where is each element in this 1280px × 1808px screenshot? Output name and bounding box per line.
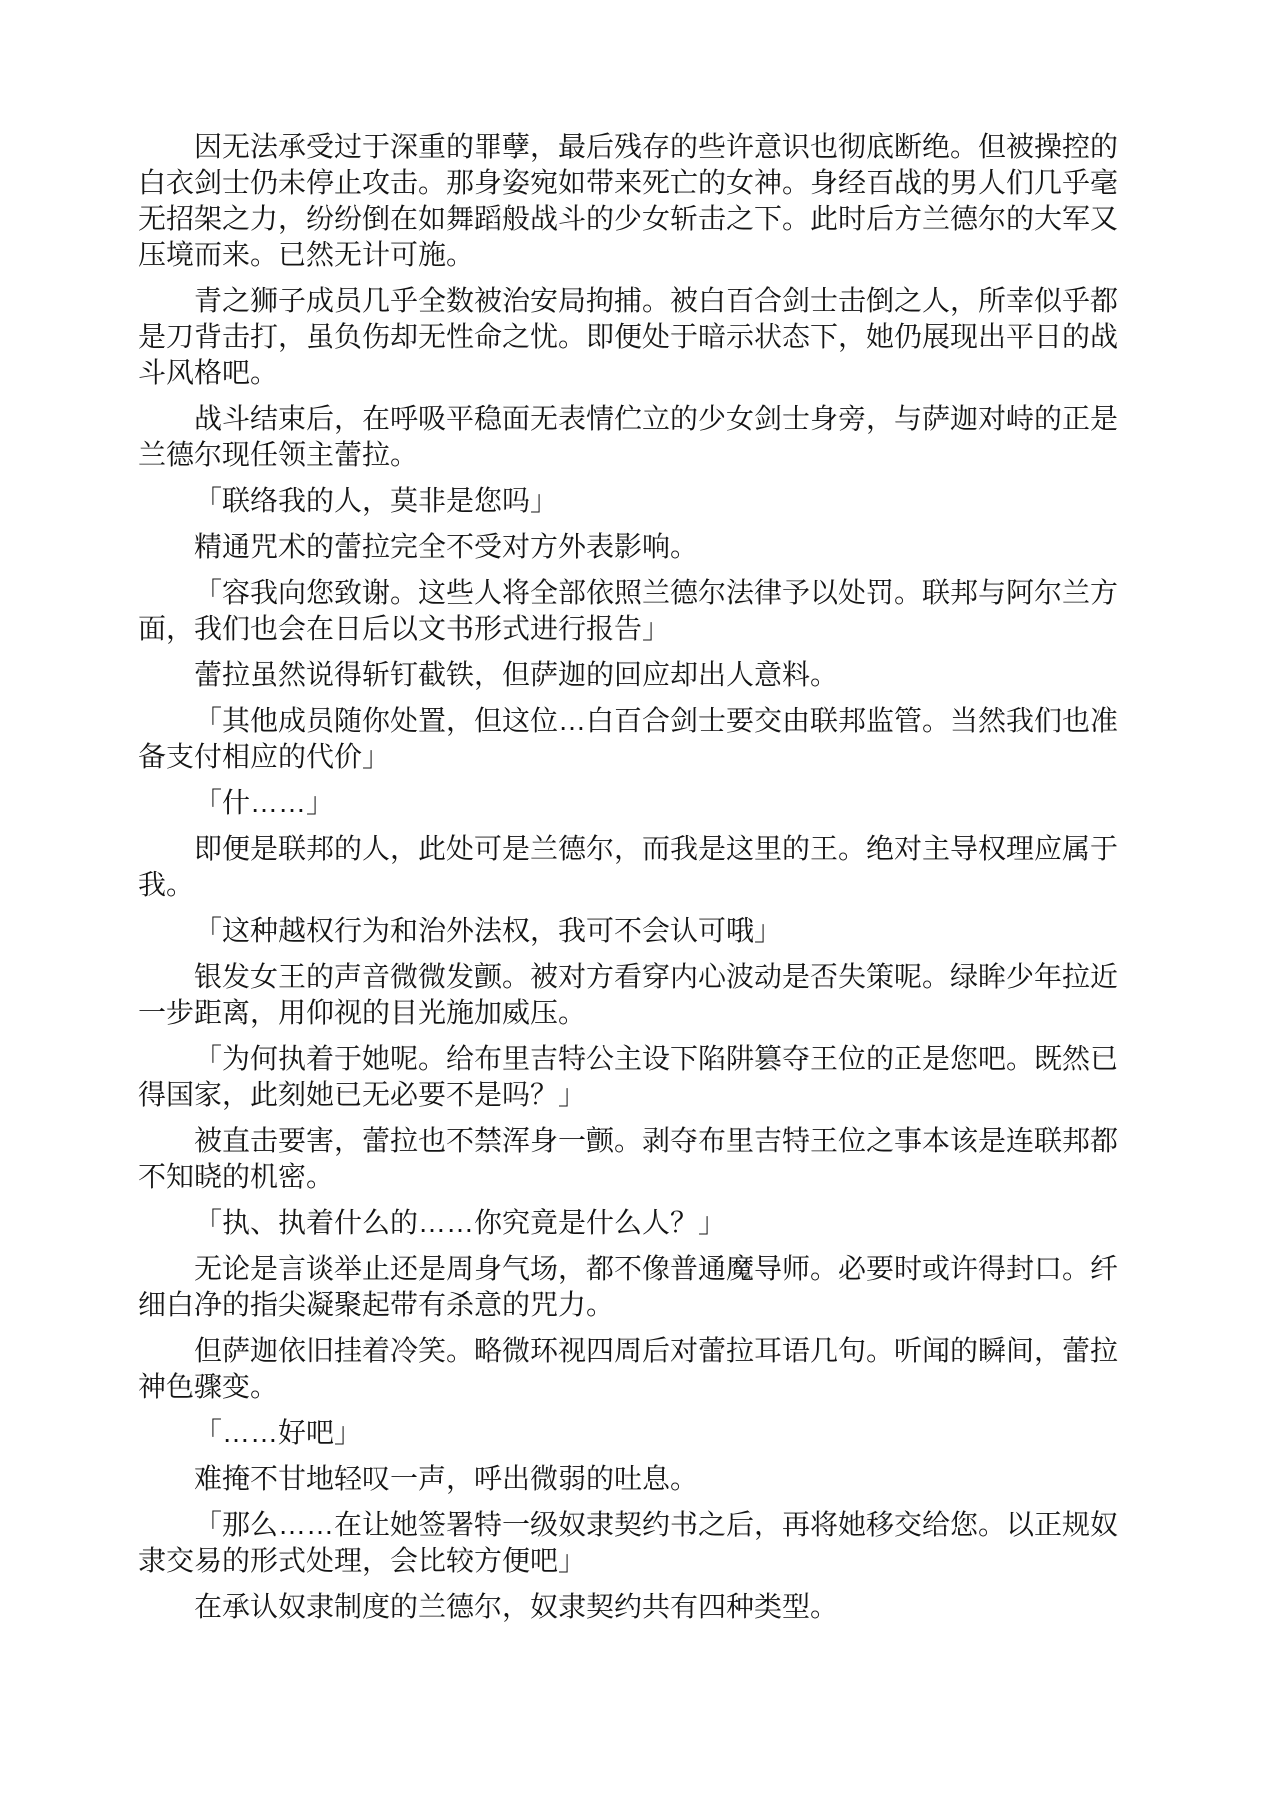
paragraph-dialogue: 「这种越权行为和治外法权，我可不会认可哦」 [138,913,1143,949]
paragraph-dialogue: 「其他成员随你处置，但这位…白百合剑士要交由联邦监管。当然我们也准备支付相应的代… [138,703,1143,775]
paragraph-dialogue: 「什……」 [138,785,1143,821]
paragraph-dialogue: 「那么……在让她签署特一级奴隶契约书之后，再将她移交给您。以正规奴隶交易的形式处… [138,1507,1143,1579]
page-text-body: 因无法承受过于深重的罪孽，最后残存的些许意识也彻底断绝。但被操控的白衣剑士仍未停… [138,129,1143,1625]
paragraph: 在承认奴隶制度的兰德尔，奴隶契约共有四种类型。 [138,1589,1143,1625]
paragraph: 因无法承受过于深重的罪孽，最后残存的些许意识也彻底断绝。但被操控的白衣剑士仍未停… [138,129,1143,273]
paragraph: 蕾拉虽然说得斩钉截铁，但萨迦的回应却出人意料。 [138,657,1143,693]
paragraph: 精通咒术的蕾拉完全不受对方外表影响。 [138,529,1143,565]
paragraph: 被直击要害，蕾拉也不禁浑身一颤。剥夺布里吉特王位之事本该是连联邦都不知晓的机密。 [138,1123,1143,1195]
paragraph: 但萨迦依旧挂着冷笑。略微环视四周后对蕾拉耳语几句。听闻的瞬间，蕾拉神色骤变。 [138,1333,1143,1405]
paragraph-dialogue: 「执、执着什么的……你究竟是什么人？」 [138,1205,1143,1241]
paragraph: 难掩不甘地轻叹一声，呼出微弱的吐息。 [138,1461,1143,1497]
paragraph-dialogue: 「联络我的人，莫非是您吗」 [138,483,1143,519]
novel-page: 因无法承受过于深重的罪孽，最后残存的些许意识也彻底断绝。但被操控的白衣剑士仍未停… [0,0,1280,1808]
paragraph-dialogue: 「容我向您致谢。这些人将全部依照兰德尔法律予以处罚。联邦与阿尔兰方面，我们也会在… [138,575,1143,647]
paragraph: 即便是联邦的人，此处可是兰德尔，而我是这里的王。绝对主导权理应属于我。 [138,831,1143,903]
paragraph-dialogue: 「为何执着于她呢。给布里吉特公主设下陷阱篡夺王位的正是您吧。既然已得国家，此刻她… [138,1041,1143,1113]
paragraph: 银发女王的声音微微发颤。被对方看穿内心波动是否失策呢。绿眸少年拉近一步距离，用仰… [138,959,1143,1031]
paragraph: 战斗结束后，在呼吸平稳面无表情伫立的少女剑士身旁，与萨迦对峙的正是兰德尔现任领主… [138,401,1143,473]
paragraph: 无论是言谈举止还是周身气场，都不像普通魔导师。必要时或许得封口。纤细白净的指尖凝… [138,1251,1143,1323]
paragraph: 青之狮子成员几乎全数被治安局拘捕。被白百合剑士击倒之人，所幸似乎都是刀背击打，虽… [138,283,1143,391]
paragraph-dialogue: 「……好吧」 [138,1415,1143,1451]
